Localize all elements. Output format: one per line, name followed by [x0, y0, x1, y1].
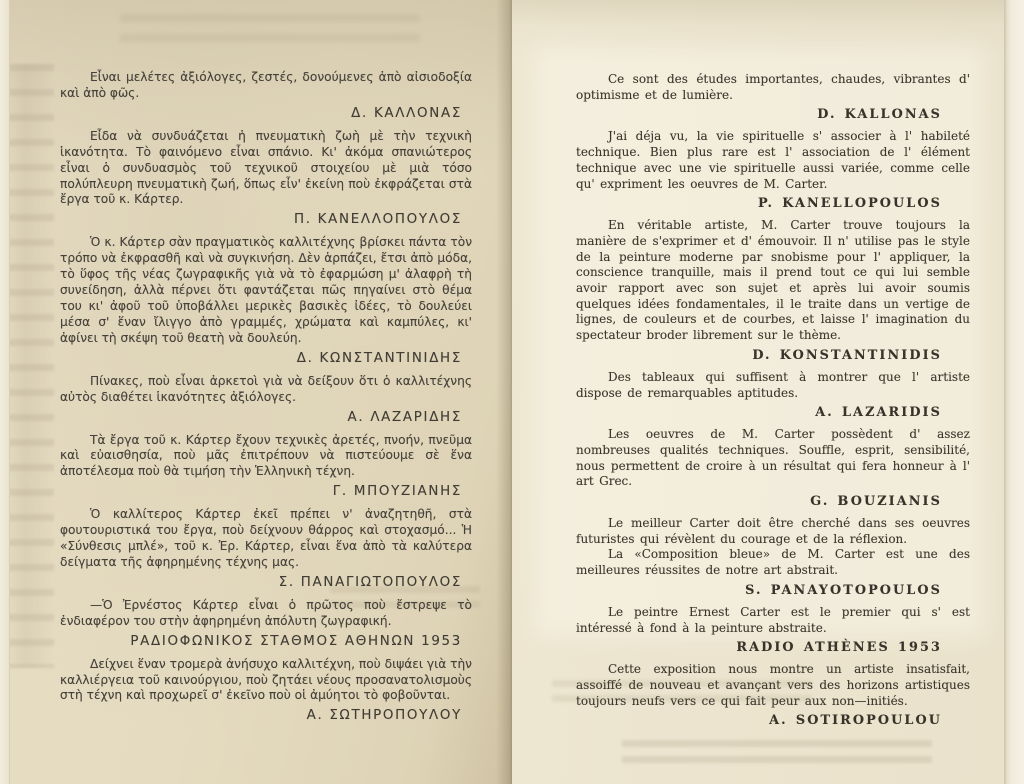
quote-paragraph: Δείχνει ἕναν τρομερὰ ἀνήσυχο καλλιτέχνη,…	[60, 657, 472, 705]
quote-paragraph: Le peintre Ernest Carter est le premier …	[576, 605, 970, 636]
quote-paragraph: Des tableaux qui suffisent à montrer que…	[576, 370, 970, 401]
quote-signature: S. PANAYOTOPOULOS	[576, 582, 970, 599]
scan-left-edge	[0, 0, 10, 784]
quote-section: Τὰ ἔργα τοῦ κ. Κάρτερ ἔχουν τεχνικὲς ἀρε…	[60, 433, 472, 501]
quote-section: Le meilleur Carter doit être cherché dan…	[576, 516, 970, 599]
quote-paragraph: Εἶδα νὰ συνδυάζεται ἡ πνευματικὴ ζωὴ μὲ …	[60, 129, 472, 209]
quote-paragraph: —Ὁ Ἐρνέστος Κάρτερ εἶναι ὁ πρῶτος ποὺ ἔσ…	[60, 598, 472, 630]
quote-paragraph: En véritable artiste, M. Carter trouve t…	[576, 218, 970, 344]
quote-section: Des tableaux qui suffisent à montrer que…	[576, 370, 970, 421]
quote-signature: D. KALLONAS	[576, 106, 970, 123]
quote-paragraph: Ὁ κ. Κάρτερ σὰν πραγματικὸς καλλιτέχνης …	[60, 235, 472, 346]
bleedthrough-top-left	[120, 14, 420, 48]
quote-signature: Σ. ΠΑΝΑΓΙΩΤΟΠΟΥΛΟΣ	[60, 574, 472, 591]
page-right-edge	[1004, 0, 1024, 784]
quote-section: Εἶναι μελέτες ἀξιόλογες, ζεστές, δονούμε…	[60, 70, 472, 122]
page-left-text: Εἶναι μελέτες ἀξιόλογες, ζεστές, δονούμε…	[60, 70, 472, 731]
quote-section: J'ai déja vu, la vie spirituelle s' asso…	[576, 129, 970, 212]
quote-section: Cette exposition nous montre un artiste …	[576, 662, 970, 729]
quote-section: Ce sont des études importantes, chaudes,…	[576, 72, 970, 123]
page-left: Εἶναι μελέτες ἀξιόλογες, ζεστές, δονούμε…	[0, 0, 512, 784]
quote-paragraph: La «Composition bleue» de M. Carter est …	[576, 547, 970, 578]
quote-paragraph: Cette exposition nous montre un artiste …	[576, 662, 970, 709]
bleedthrough-bottom-right	[622, 740, 932, 770]
bleedthrough-left-margin	[6, 64, 54, 668]
quote-signature: ΡΑΔΙΟΦΩΝΙΚΟΣ ΣΤΑΘΜΟΣ ΑΘΗΝΩΝ 1953	[60, 633, 472, 650]
quote-section: Δείχνει ἕναν τρομερὰ ἀνήσυχο καλλιτέχνη,…	[60, 657, 472, 725]
quote-signature: A. SOTIROPOULOU	[576, 712, 970, 729]
quote-section: Ὁ καλλίτερος Κάρτερ ἐκεῖ πρέπει ν' ἀναζη…	[60, 507, 472, 591]
quote-section: En véritable artiste, M. Carter trouve t…	[576, 218, 970, 364]
quote-signature: Α. ΛΑΖΑΡΙΔΗΣ	[60, 409, 472, 426]
page-right-text: Ce sont des études importantes, chaudes,…	[576, 72, 970, 735]
quote-paragraph: Le meilleur Carter doit être cherché dan…	[576, 516, 970, 547]
quote-signature: Δ. ΚΩΝΣΤΑΝΤΙΝΙΔΗΣ	[60, 350, 472, 367]
quote-section: Les oeuvres de M. Carter possèdent d' as…	[576, 427, 970, 510]
quote-section: Ὁ κ. Κάρτερ σὰν πραγματικὸς καλλιτέχνης …	[60, 235, 472, 366]
quote-paragraph: Les oeuvres de M. Carter possèdent d' as…	[576, 427, 970, 490]
quote-signature: RADIO ATHÈNES 1953	[576, 639, 970, 656]
quote-paragraph: Πίνακες, ποὺ εἶναι ἀρκετοὶ γιὰ νὰ δείξου…	[60, 374, 472, 406]
quote-section: —Ὁ Ἐρνέστος Κάρτερ εἶναι ὁ πρῶτος ποὺ ἔσ…	[60, 598, 472, 650]
quote-signature: Π. ΚΑΝΕΛΛΟΠΟΥΛΟΣ	[60, 211, 472, 228]
quote-signature: Α. ΣΩΤΗΡΟΠΟΥΛΟΥ	[60, 707, 472, 724]
quote-signature: Γ. ΜΠΟΥΖΙΑΝΗΣ	[60, 483, 472, 500]
quote-section: Πίνακες, ποὺ εἶναι ἀρκετοὶ γιὰ νὰ δείξου…	[60, 374, 472, 426]
quote-paragraph: Ὁ καλλίτερος Κάρτερ ἐκεῖ πρέπει ν' ἀναζη…	[60, 507, 472, 571]
quote-signature: D. KONSTANTINIDIS	[576, 347, 970, 364]
book-scan: Εἶναι μελέτες ἀξιόλογες, ζεστές, δονούμε…	[0, 0, 1024, 784]
quote-paragraph: Τὰ ἔργα τοῦ κ. Κάρτερ ἔχουν τεχνικὲς ἀρε…	[60, 433, 472, 481]
quote-signature: A. LAZARIDIS	[576, 404, 970, 421]
quote-paragraph: J'ai déja vu, la vie spirituelle s' asso…	[576, 129, 970, 192]
quote-section: Εἶδα νὰ συνδυάζεται ἡ πνευματικὴ ζωὴ μὲ …	[60, 129, 472, 229]
page-right: Ce sont des études importantes, chaudes,…	[512, 0, 1004, 784]
quote-signature: G. BOUZIANIS	[576, 493, 970, 510]
quote-section: Le peintre Ernest Carter est le premier …	[576, 605, 970, 656]
quote-signature: Δ. ΚΑΛΛΟΝΑΣ	[60, 105, 472, 122]
quote-signature: P. KANELLOPOULOS	[576, 195, 970, 212]
quote-paragraph: Εἶναι μελέτες ἀξιόλογες, ζεστές, δονούμε…	[60, 70, 472, 102]
quote-paragraph: Ce sont des études importantes, chaudes,…	[576, 72, 970, 103]
